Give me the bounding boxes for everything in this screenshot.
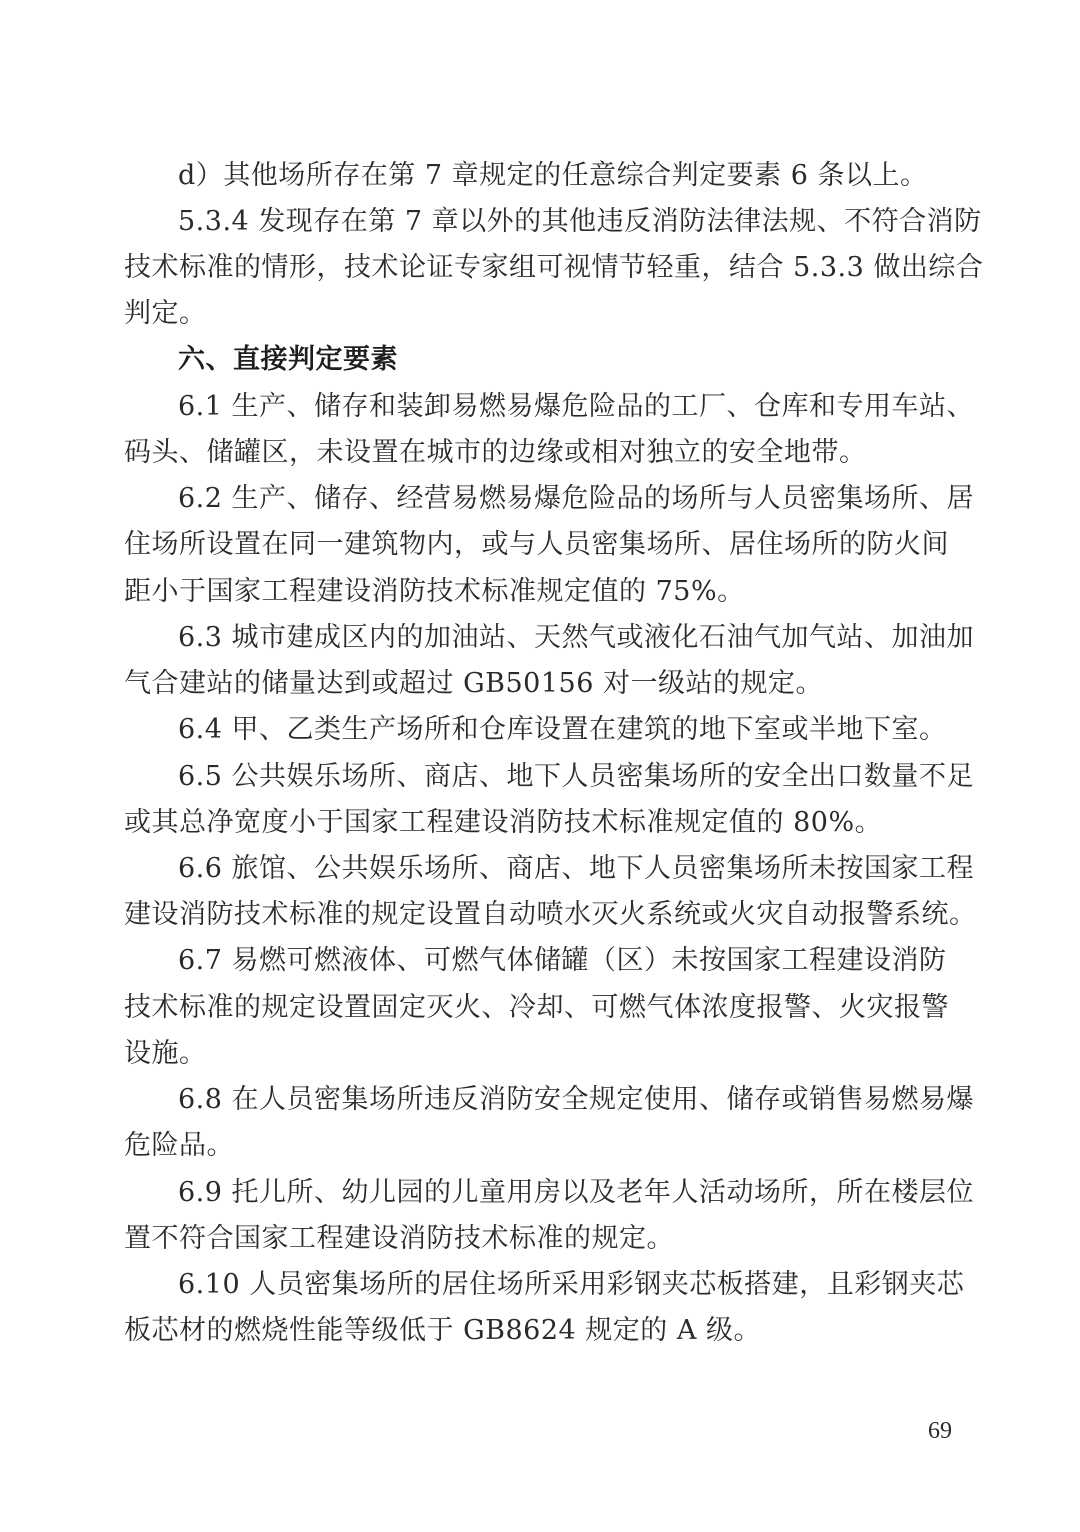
clause-6-10-line-2: 板芯材的燃烧性能等级低于 GB8624 规定的 A 级。 (124, 1315, 956, 1347)
clause-6-3-line-2: 气合建站的储量达到或超过 GB50156 对一级站的规定。 (124, 668, 956, 700)
clause-5-3-4-line-3: 判定。 (124, 298, 956, 330)
clause-6-7-line-2: 技术标准的规定设置固定灭火、冷却、可燃气体浓度报警、火灾报警 (124, 992, 956, 1024)
clause-6-1-line-1: 6.1 生产、储存和装卸易燃易爆危险品的工厂、仓库和专用车站、 (178, 391, 1010, 423)
clause-6-8-line-2: 危险品。 (124, 1130, 956, 1162)
clause-6-5-line-2: 或其总净宽度小于国家工程建设消防技术标准规定值的 80%。 (124, 807, 956, 839)
clause-6-6-line-1: 6.6 旅馆、公共娱乐场所、商店、地下人员密集场所未按国家工程 (178, 853, 1010, 885)
clause-5-3-4-line-2: 技术标准的情形，技术论证专家组可视情节轻重，结合 5.3.3 做出综合 (124, 252, 956, 284)
item-d-text: d）其他场所存在第 7 章规定的任意综合判定要素 6 条以上。 (178, 160, 1010, 192)
document-page: d）其他场所存在第 7 章规定的任意综合判定要素 6 条以上。 5.3.4 发现… (0, 0, 1080, 1532)
clause-6-10-line-1: 6.10 人员密集场所的居住场所采用彩钢夹芯板搭建，且彩钢夹芯 (178, 1269, 1010, 1301)
section-heading-6: 六、直接判定要素 (178, 344, 1010, 376)
clause-6-2-line-3: 距小于国家工程建设消防技术标准规定值的 75%。 (124, 576, 956, 608)
clause-6-6-line-2: 建设消防技术标准的规定设置自动喷水灭火系统或火灾自动报警系统。 (124, 899, 956, 931)
clause-6-7-line-1: 6.7 易燃可燃液体、可燃气体储罐（区）未按国家工程建设消防 (178, 945, 1010, 977)
clause-6-5-line-1: 6.5 公共娱乐场所、商店、地下人员密集场所的安全出口数量不足 (178, 761, 1010, 793)
clause-6-9-line-2: 置不符合国家工程建设消防技术标准的规定。 (124, 1223, 956, 1255)
clause-6-8-line-1: 6.8 在人员密集场所违反消防安全规定使用、储存或销售易燃易爆 (178, 1084, 1010, 1116)
clause-6-9-line-1: 6.9 托儿所、幼儿园的儿童用房以及老年人活动场所，所在楼层位 (178, 1177, 1010, 1209)
clause-6-1-line-2: 码头、储罐区，未设置在城市的边缘或相对独立的安全地带。 (124, 437, 956, 469)
clause-6-2-line-1: 6.2 生产、储存、经营易燃易爆危险品的场所与人员密集场所、居 (178, 483, 1010, 515)
clause-6-2-line-2: 住场所设置在同一建筑物内，或与人员密集场所、居住场所的防火间 (124, 529, 956, 561)
clause-5-3-4-line-1: 5.3.4 发现存在第 7 章以外的其他违反消防法律法规、不符合消防 (178, 206, 1010, 238)
clause-6-7-line-3: 设施。 (124, 1038, 956, 1070)
page-number: 69 (928, 1418, 952, 1445)
clause-6-3-line-1: 6.3 城市建成区内的加油站、天然气或液化石油气加气站、加油加 (178, 622, 1010, 654)
clause-6-4: 6.4 甲、乙类生产场所和仓库设置在建筑的地下室或半地下室。 (178, 714, 1010, 746)
